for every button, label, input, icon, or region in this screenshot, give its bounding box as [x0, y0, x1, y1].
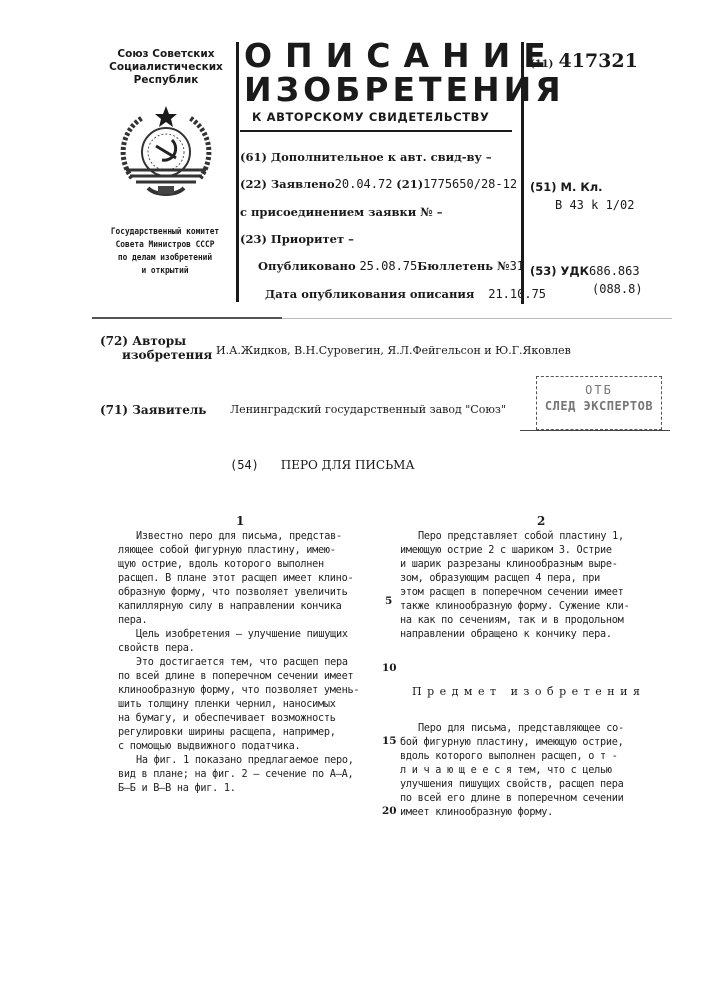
- invention-title-text: ПЕРО ДЛЯ ПИСЬМА: [281, 458, 415, 472]
- claims-text: Перо для письма, представляющее со-бой ф…: [400, 722, 668, 820]
- text-line: зом, образующим расщеп 4 пера, при: [400, 572, 668, 586]
- committee-line: и открытий: [96, 265, 234, 278]
- stamp-line1: ОТБ: [537, 383, 661, 397]
- publication-number: (11) 417321: [530, 50, 638, 72]
- text-line: свойств пера.: [118, 642, 374, 656]
- text-line: вид в плане; на фиг. 2 – сечение по А–А,: [118, 768, 374, 782]
- applicant-label: (71) Заявитель: [100, 403, 206, 417]
- ussr-coat-of-arms-icon: [112, 100, 220, 200]
- field-61: (61) Дополнительное к авт. свид-ву –: [240, 150, 492, 164]
- invention-title: (54) ПЕРО ДЛЯ ПИСЬМА: [230, 458, 415, 472]
- stamp-underline: [520, 430, 670, 431]
- field-22-value: 20.04.72: [335, 177, 393, 191]
- claims-heading: Предмет изобретения: [412, 685, 645, 698]
- field-53: (53) УДК686.863: [530, 264, 640, 278]
- field-51: (51) М. Кл.: [530, 180, 603, 194]
- bulletin-label: Бюллетень №: [417, 259, 509, 273]
- text-line: ляющее собой фигурную пластину, имею-: [118, 544, 374, 558]
- text-line: На фиг. 1 показано предлагаемое перо,: [118, 754, 374, 768]
- library-stamp: ОТБ СЛЕД ЭКСПЕРТОВ: [536, 376, 662, 430]
- column-1-text: Известно перо для письма, представ-ляюще…: [118, 530, 374, 796]
- text-line: Цель изобретения – улучшение пишущих: [118, 628, 374, 642]
- authors-label-line1: (72) Авторы: [100, 334, 212, 348]
- text-line: направлении обращено к кончику пера.: [400, 628, 668, 642]
- text-line: Известно перо для письма, представ-: [118, 530, 374, 544]
- text-line: шить толщину пленки чернил, наносимых: [118, 698, 374, 712]
- field-attach-label: с присоединением заявки № –: [240, 205, 443, 219]
- authors-label-line2: изобретения: [100, 348, 212, 362]
- field-22-label: (22) Заявлено: [240, 177, 335, 191]
- published-label: Опубликовано: [258, 259, 356, 273]
- text-line: л и ч а ю щ е е с я тем, что с целью: [400, 764, 668, 778]
- description-date-value: 21.10.75: [488, 287, 546, 301]
- stamp-line2: СЛЕД ЭКСПЕРТОВ: [537, 399, 661, 413]
- bulletin-value: 31: [510, 259, 524, 273]
- column-2-text: Перо представляет собой пластину 1,имеющ…: [400, 530, 668, 642]
- text-line: улучшения пишущих свойств, расщеп пера: [400, 778, 668, 792]
- subtitle-underline: [240, 130, 512, 132]
- text-line: образную форму, что позволяет увеличить: [118, 586, 374, 600]
- text-line: на бумагу, и обеспечивает возможность: [118, 712, 374, 726]
- text-line: регулировки ширины расщепа, например,: [118, 726, 374, 740]
- field-53-value2: (088.8): [592, 282, 643, 296]
- field-description-date: Дата опубликования описания 21.10.75: [265, 287, 546, 301]
- text-line: Перо представляет собой пластину 1,: [400, 530, 668, 544]
- field-22-21: (22) Заявлено20.04.72 (21)1775650/28-12: [240, 177, 517, 191]
- text-line: по всей его длине в поперечном сечении: [400, 792, 668, 806]
- publication-number-value: 417321: [558, 50, 637, 72]
- union-line: Союз Советских: [92, 48, 240, 61]
- line-number: 20: [382, 805, 397, 817]
- text-line: пера.: [118, 614, 374, 628]
- field-published: Опубликовано 25.08.75Бюллетень №31: [258, 259, 524, 273]
- union-name: Союз Советских Социалистических Республи…: [92, 48, 240, 87]
- text-line: капиллярную силу в направлении кончика: [118, 600, 374, 614]
- text-line: также клинообразную форму. Сужение кли-: [400, 600, 668, 614]
- publication-code: (11): [530, 59, 553, 70]
- field-23: (23) Приоритет –: [240, 232, 354, 246]
- document-subtitle: К АВТОРСКОМУ СВИДЕТЕЛЬСТВУ: [252, 110, 490, 124]
- field-51-value: B 43 k 1/02: [555, 198, 634, 212]
- union-line: Социалистических: [92, 61, 240, 74]
- text-line: Перо для письма, представляющее со-: [400, 722, 668, 736]
- text-line: на как по сечениям, так и в продольном: [400, 614, 668, 628]
- text-line: с помощью выдвижного податчика.: [118, 740, 374, 754]
- field-53-value2-wrap: (088.8): [592, 282, 643, 296]
- line-number: 5: [385, 595, 392, 607]
- column-number-1: 1: [236, 514, 244, 528]
- field-51-label: (51) М. Кл.: [530, 180, 603, 194]
- field-21-value: 1775650/28-12: [423, 177, 517, 191]
- text-line: бой фигурную пластину, имеющую острие,: [400, 736, 668, 750]
- field-23-label: (23) Приоритет –: [240, 232, 354, 246]
- field-attach: с присоединением заявки № –: [240, 205, 443, 219]
- field-53-value: 686.863: [589, 264, 640, 278]
- description-date-label: Дата опубликования описания: [265, 287, 474, 301]
- committee-line: по делам изобретений: [96, 252, 234, 265]
- field-53-label: (53) УДК: [530, 264, 589, 278]
- text-line: и шарик разрезаны клинообразным выре-: [400, 558, 668, 572]
- committee-line: Государственный комитет: [96, 226, 234, 239]
- text-line: расщеп. В плане этот расщеп имеет клино-: [118, 572, 374, 586]
- authors-label: (72) Авторы изобретения: [100, 334, 212, 362]
- text-line: вдоль которого выполнен расщеп, о т -: [400, 750, 668, 764]
- line-number: 15: [382, 735, 397, 747]
- field-21-label: (21): [396, 177, 423, 191]
- text-line: по всей длине в поперечном сечении имеет: [118, 670, 374, 684]
- field-51-value-wrap: B 43 k 1/02: [555, 198, 634, 212]
- column-number-2: 2: [537, 514, 545, 528]
- document-title-line1: ОПИСАНИЕ: [244, 38, 524, 74]
- text-line: этом расщеп в поперечном сечении имеет: [400, 586, 668, 600]
- text-line: имеющую острие 2 с шариком 3. Острие: [400, 544, 668, 558]
- published-value: 25.08.75: [359, 259, 417, 273]
- header-divider-bold: [92, 317, 282, 319]
- committee-line: Совета Министров СССР: [96, 239, 234, 252]
- text-line: Это достигается тем, что расщеп пера: [118, 656, 374, 670]
- union-line: Республик: [92, 74, 240, 87]
- authors-names: И.А.Жидков, В.Н.Суровегин, Я.Л.Фейгельсо…: [216, 344, 571, 357]
- committee-name: Государственный комитет Совета Министров…: [96, 226, 234, 278]
- text-line: клинообразную форму, что позволяет умень…: [118, 684, 374, 698]
- text-line: щую острие, вдоль которого выполнен: [118, 558, 374, 572]
- text-line: Б–Б и В–В на фиг. 1.: [118, 782, 374, 796]
- applicant-value: Ленинградский государственный завод "Сою…: [230, 403, 506, 416]
- text-line: имеет клинообразную форму.: [400, 806, 668, 820]
- document-title-line2: ИЗОБРЕТЕНИЯ: [244, 72, 524, 108]
- divider-left: [236, 42, 239, 302]
- line-number: 10: [382, 662, 397, 674]
- field-61-label: (61) Дополнительное к авт. свид-ву –: [240, 150, 492, 164]
- invention-title-code: (54): [230, 458, 259, 472]
